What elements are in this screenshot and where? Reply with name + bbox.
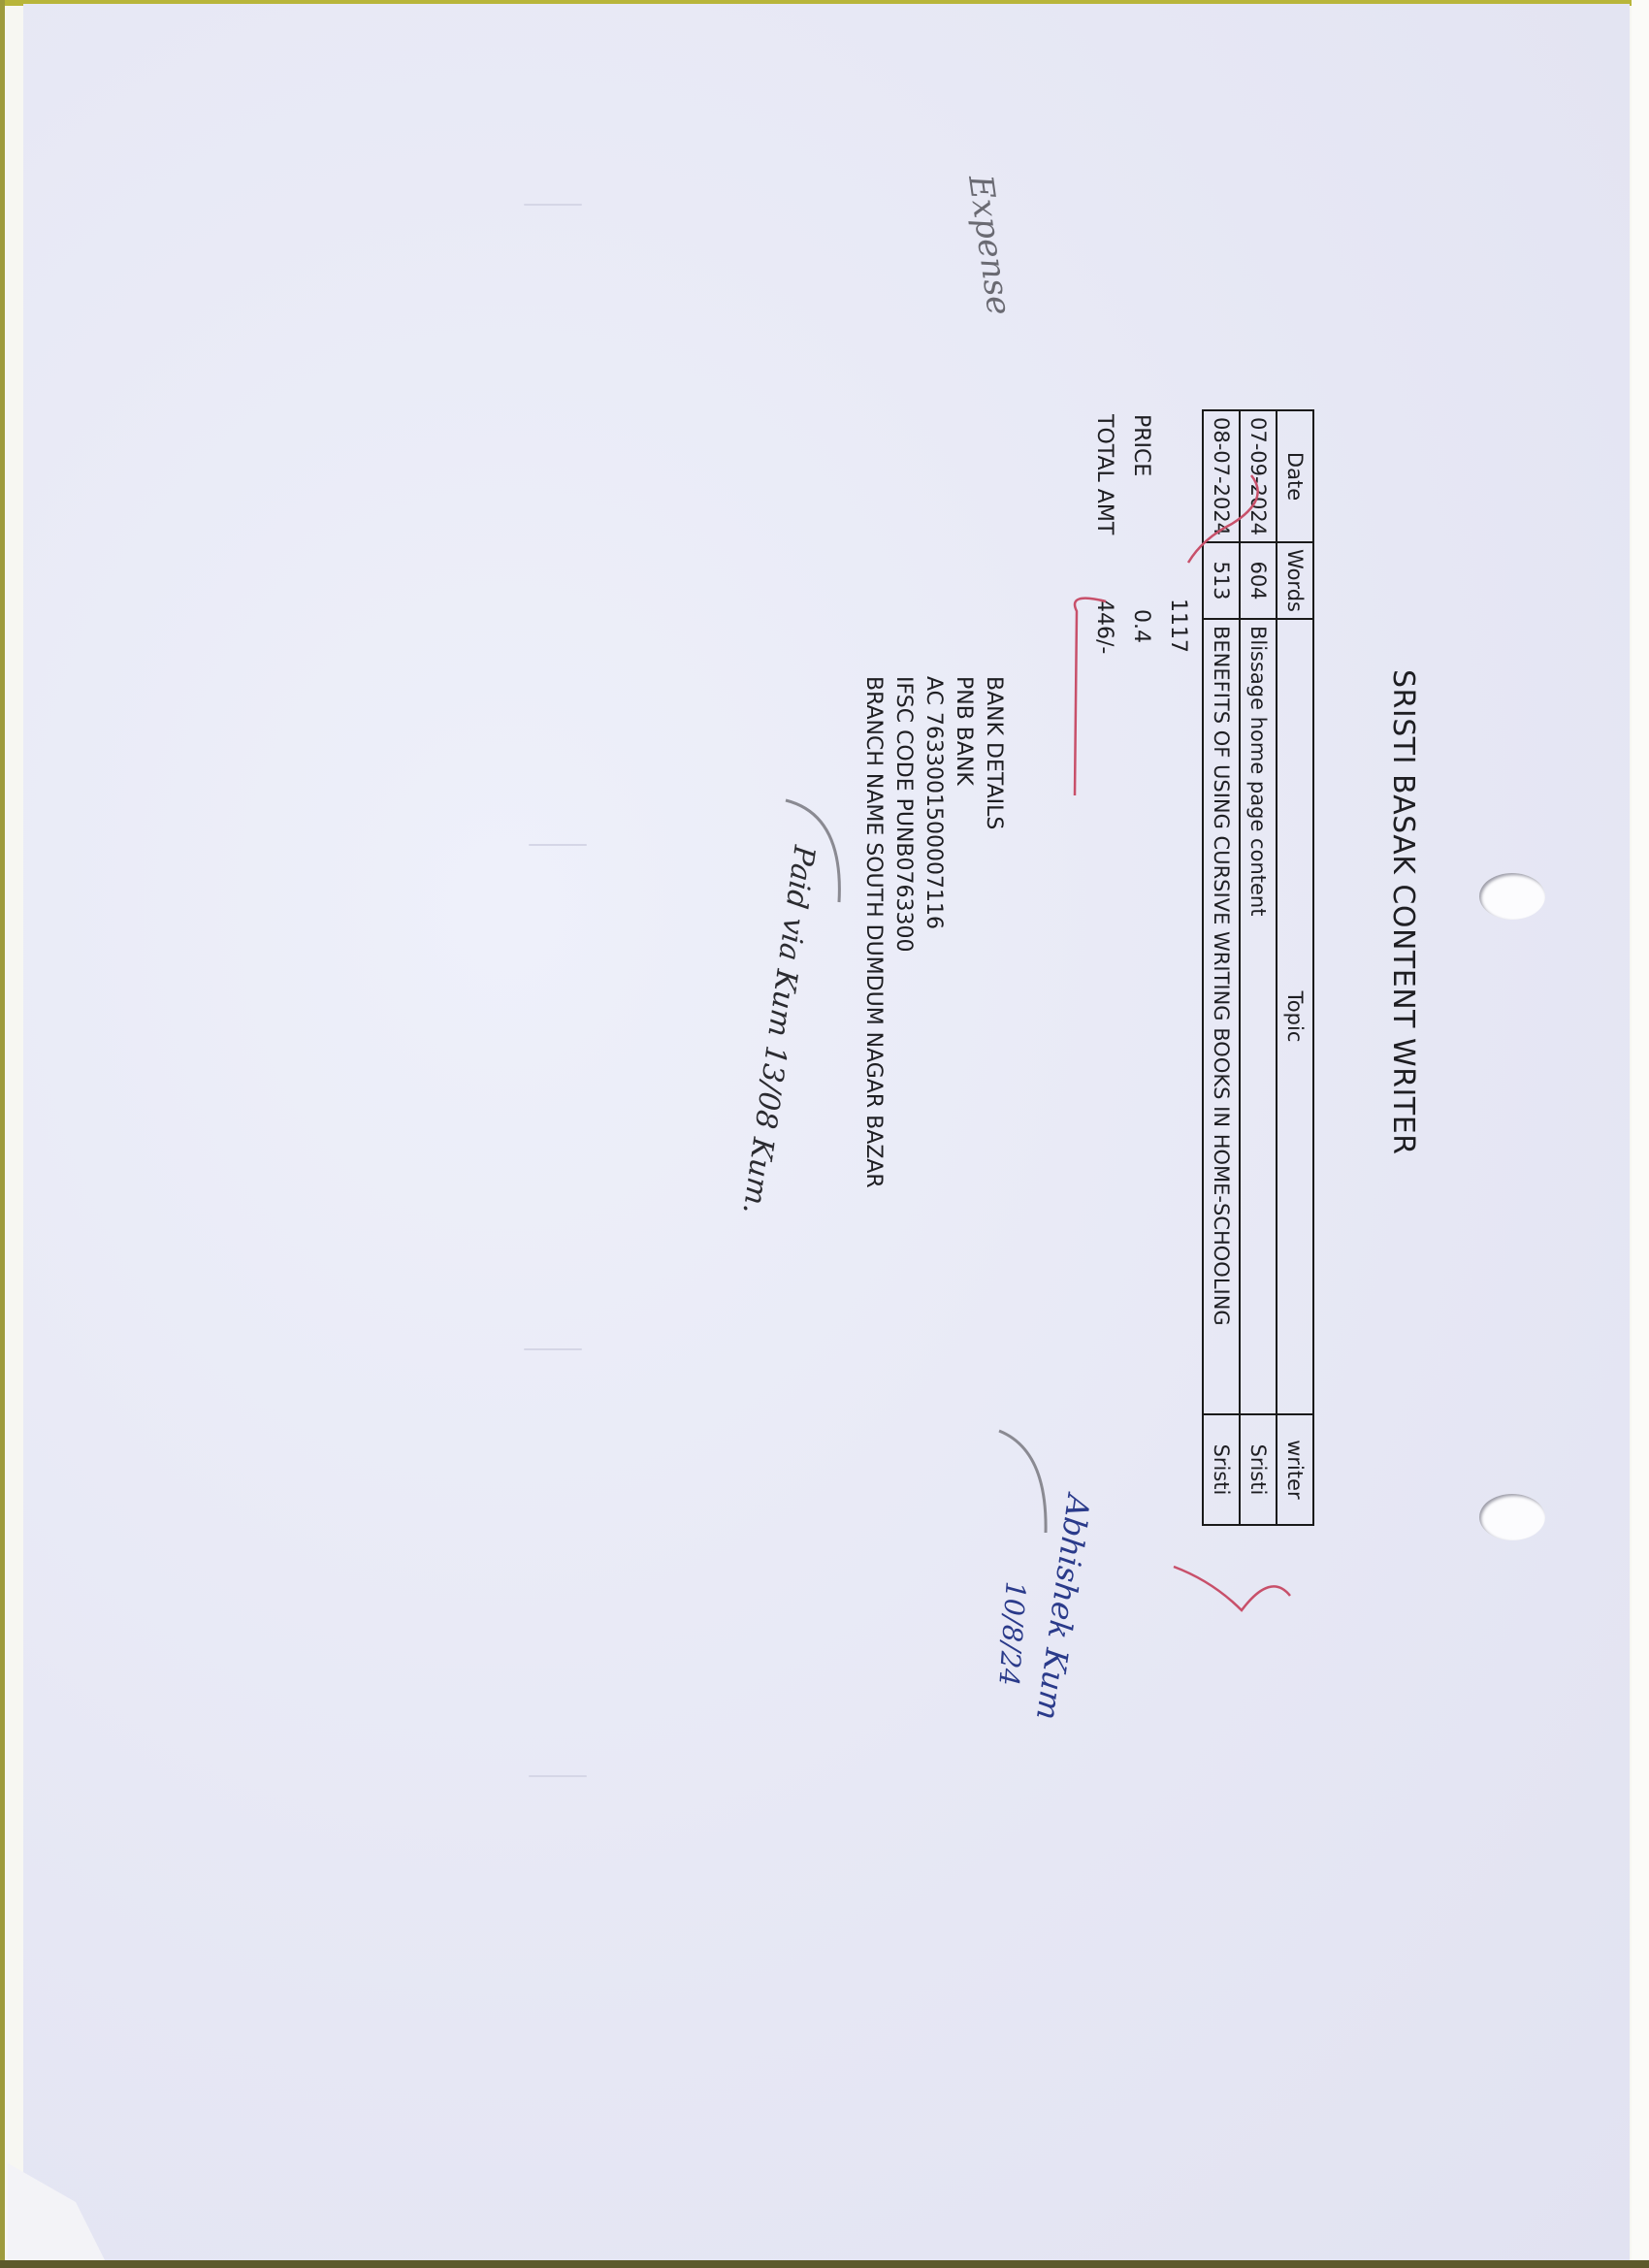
invoice-document: SRISTI BASAK CONTENT WRITER Date Words T… bbox=[0, 0, 1649, 2268]
handwritten-category-note: Expense bbox=[960, 173, 1018, 318]
header-words: Words bbox=[1277, 542, 1313, 619]
cell-topic: BENEFITS OF USING CURSIVE WRITING BOOKS … bbox=[1203, 619, 1240, 1414]
cell-writer: Sristi bbox=[1240, 1414, 1277, 1525]
header-writer: writer bbox=[1277, 1414, 1313, 1525]
handwritten-signature-date: 10/8/24 bbox=[992, 1580, 1031, 1687]
red-check-mark-icon bbox=[1048, 582, 1125, 805]
cell-writer: Sristi bbox=[1203, 1414, 1240, 1525]
price-label: PRICE bbox=[1129, 414, 1153, 476]
red-check-mark-icon bbox=[1174, 466, 1280, 572]
red-check-mark-icon bbox=[1164, 1552, 1300, 1669]
bank-name: PNB BANK bbox=[949, 676, 979, 1188]
price-value: 0.4 bbox=[1129, 609, 1153, 643]
total-words: 1117 bbox=[1166, 599, 1190, 653]
table-header-row: Date Words Topic writer bbox=[1277, 410, 1313, 1525]
table-row: 07-09-2024 604 Blissage home page conten… bbox=[1240, 410, 1277, 1525]
pencil-bracket-icon bbox=[989, 1426, 1067, 1542]
header-topic: Topic bbox=[1277, 619, 1313, 1414]
document-title: SRISTI BASAK CONTENT WRITER bbox=[1386, 669, 1420, 1155]
cell-topic: Blissage home page content bbox=[1240, 619, 1277, 1414]
bank-details-heading: BANK DETAILS bbox=[979, 676, 1009, 1188]
table-row: 08-07-2024 513 BENEFITS OF USING CURSIVE… bbox=[1203, 410, 1240, 1525]
ifsc-code: IFSC CODE PUNB0763300 bbox=[889, 676, 919, 1188]
account-number: AC 7633001500007116 bbox=[919, 676, 949, 1188]
pencil-bracket-icon bbox=[776, 795, 854, 912]
bank-details: BANK DETAILS PNB BANK AC 763300150000711… bbox=[858, 676, 1009, 1188]
header-date: Date bbox=[1277, 410, 1313, 542]
work-table: Date Words Topic writer 07-09-2024 604 B… bbox=[1202, 409, 1314, 1526]
total-amount-label: TOTAL AMT bbox=[1092, 414, 1116, 535]
branch-name: BRANCH NAME SOUTH DUMDUM NAGAR BAZAR bbox=[858, 676, 889, 1188]
